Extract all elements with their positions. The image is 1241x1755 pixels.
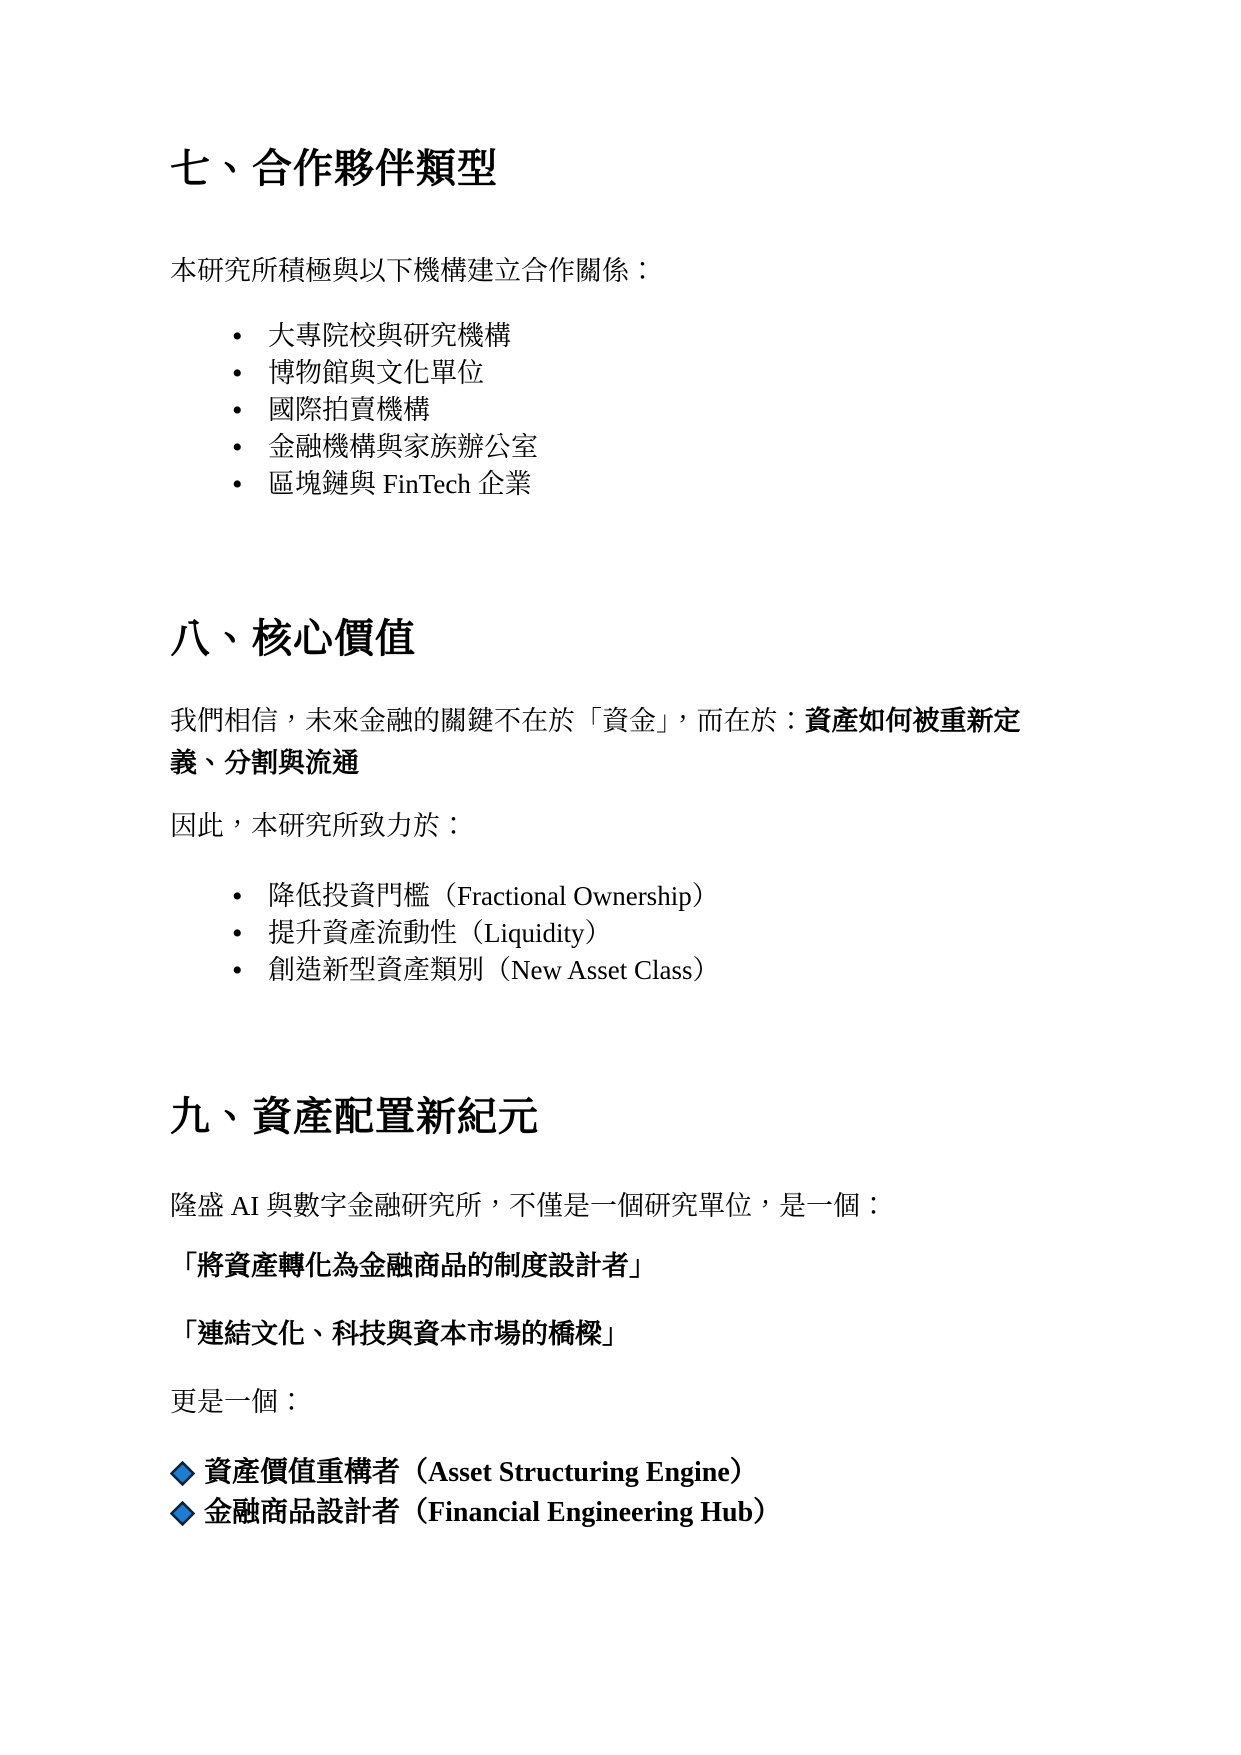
list-item-label: 降低投資門檻（Fractional Ownership） [268,881,719,911]
belief-text: 我們相信，未來金融的關鍵不在於「資金」，而在於：資產如何被重新定義、分割與流通 [170,700,1073,784]
role-label: 金融商品設計者（Financial Engineering Hub） [204,1497,781,1528]
roles-list: 資產價值重構者（Asset Structuring Engine） 金融商品設計… [170,1453,1073,1533]
list-item: • 降低投資門檻（Fractional Ownership） [170,878,1073,915]
bullet-icon: • [232,318,262,355]
bullet-icon: • [232,392,262,429]
list-item-label: 創造新型資產類別（New Asset Class） [268,955,720,985]
role-quote-1: 「將資產轉化為金融商品的制度設計者」 [170,1248,1073,1284]
bullet-icon: • [232,915,262,952]
list-item: • 區塊鏈與 FinTech 企業 [170,466,1073,503]
section-partners-heading: 七、合作夥伴類型 [170,145,1073,193]
list-item: • 提升資產流動性（Liquidity） [170,915,1073,952]
partners-list: • 大專院校與研究機構 • 博物館與文化單位 • 國際拍賣機構 • 金融機構與家… [170,318,1073,503]
role-quote-2: 「連結文化、科技與資本市場的橋樑」 [170,1316,1073,1352]
new-era-intro-text: 隆盛 AI 與數字金融研究所，不僅是一個研究單位，是一個： [170,1188,1073,1224]
list-item: • 金融機構與家族辦公室 [170,429,1073,466]
list-item: 金融商品設計者（Financial Engineering Hub） [170,1493,1073,1533]
blue-diamond-icon [170,1501,195,1526]
blue-diamond-icon [170,1461,195,1486]
list-item-label: 國際拍賣機構 [268,395,430,425]
bullet-icon: • [232,466,262,503]
commitment-intro-text: 因此，本研究所致力於： [170,808,1073,844]
list-item-label: 提升資產流動性（Liquidity） [268,918,612,948]
bullet-icon: • [232,952,262,989]
bullet-icon: • [232,355,262,392]
bullet-icon: • [232,429,262,466]
commitment-list: • 降低投資門檻（Fractional Ownership） • 提升資產流動性… [170,878,1073,989]
list-item-label: 區塊鏈與 FinTech 企業 [268,469,532,499]
section-new-era-heading: 九、資產配置新紀元 [170,1093,1073,1141]
list-item: • 創造新型資產類別（New Asset Class） [170,952,1073,989]
blue-diamond-shape [172,1463,194,1485]
more-intro-text: 更是一個： [170,1384,1073,1420]
list-item: • 國際拍賣機構 [170,392,1073,429]
partners-intro-text: 本研究所積極與以下機構建立合作關係： [170,253,1073,289]
list-item: • 大專院校與研究機構 [170,318,1073,355]
document-page: 七、合作夥伴類型 本研究所積極與以下機構建立合作關係： • 大專院校與研究機構 … [0,0,1241,1755]
blue-diamond-shape [172,1503,194,1525]
role-label: 資產價值重構者（Asset Structuring Engine） [204,1457,758,1488]
belief-prefix-text: 我們相信，未來金融的關鍵不在於「資金」，而在於： [170,706,805,736]
bullet-icon: • [232,878,262,915]
section-core-values-heading: 八、核心價值 [170,615,1073,663]
list-item: 資產價值重構者（Asset Structuring Engine） [170,1453,1073,1493]
list-item-label: 金融機構與家族辦公室 [268,432,538,462]
list-item: • 博物館與文化單位 [170,355,1073,392]
list-item-label: 博物館與文化單位 [268,358,484,388]
list-item-label: 大專院校與研究機構 [268,321,511,351]
